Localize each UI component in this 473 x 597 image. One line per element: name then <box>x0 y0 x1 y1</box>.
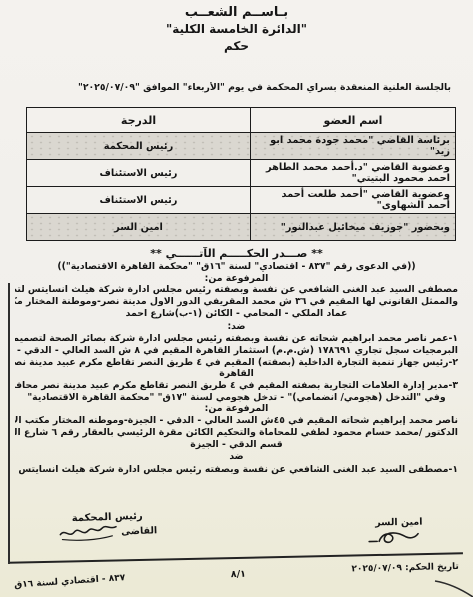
defendant-3-line: ٣-مدير إدارة العلامات التجارية بصفته الم… <box>15 380 458 392</box>
footer-case-reference: ٨٣٧ - اقتصادي لسنة ١٦ق <box>14 573 126 590</box>
secretary-name: وبحضور "جوزيف ميخائيل عبدالنور" <box>251 214 456 241</box>
secretary-label: امين السر <box>367 516 431 528</box>
page-number: ٨/١ <box>231 569 246 580</box>
judge-rank: رئيس الاستئناف <box>27 160 251 187</box>
circuit-title: "الدائرة الخامسة الكلية" <box>0 22 473 36</box>
president-judge-line: القاضى <box>58 522 158 541</box>
filed-by-label: المرفوعة من: <box>15 273 458 285</box>
defendant-1-line-2: البرمجيات سجل تجاري ١٧٨٦٩١ (ش.م.م) استثم… <box>15 345 458 357</box>
scan-left-border-line <box>8 283 10 564</box>
judge-name: وعضوية القاضي "د.أحمد محمد الطاهر احمد م… <box>251 160 456 187</box>
secretary-signature-block: امين السر <box>367 516 431 546</box>
plaintiff-line-1: مصطفى السيد عبد الغنى الشافعي عن نفسة وب… <box>15 284 458 296</box>
table-row-member-1: وعضوية القاضي "د.أحمد محمد الطاهر احمد م… <box>27 160 456 187</box>
judge-rank: رئيس الاستئناف <box>27 187 251 214</box>
filed-by-label-2: المرفوعة من: <box>15 403 458 415</box>
plaintiff-line-3: عماد الملكي - المحامي - الكائن (١-ب)شارع… <box>15 308 458 320</box>
versus-label-1: ضد: <box>15 321 458 333</box>
document-header: بـاســم الشعــب "الدائرة الخامسة الكلية"… <box>0 5 473 53</box>
intervener-line-1: ناصر محمد إبراهيم شحاته المقيم في ٤٥ش ال… <box>15 415 458 427</box>
defendant-1-line-1: ١-عمر ناصر محمد ابراهيم شحاته عن نفسة وب… <box>15 333 458 345</box>
footer-bar: تاريخ الحكم: ٢٠٢٥/٠٧/٠٩ ٨/١ ٨٣٧ - اقتصاد… <box>0 562 473 589</box>
column-member-name: اسم العضو <box>251 108 456 133</box>
respondent-line-1: ١-مصطفى السيد عبد الغنى الشافعي عن نفسة … <box>15 464 458 476</box>
scan-corner-mark <box>433 571 473 597</box>
court-judgment-page: بـاســم الشعــب "الدائرة الخامسة الكلية"… <box>0 0 473 597</box>
table-row-member-2: وعضوية القاضي "أحمد طلعت أحمد أحمد الشها… <box>27 187 456 214</box>
judgment-word: حكم <box>0 39 473 53</box>
judgment-body: ** صـــدر الحكـــــم الآتــــــي ** ((في… <box>0 247 473 476</box>
footer-divider <box>8 552 463 564</box>
judge-word: القاضى <box>121 525 157 537</box>
issued-judgment-title: ** صـــدر الحكـــــم الآتــــــي ** <box>15 247 458 261</box>
president-signature-block: رئيس المحكمة القاضى <box>58 510 158 541</box>
defendant-2-line-1: ٢-رئيس جهاز تنمية التجارة الداخلية (بصفت… <box>15 357 458 369</box>
president-signature-icon <box>58 524 119 542</box>
defendant-2-line-2: القاهرة <box>15 368 458 380</box>
intervention-line: وفي "التدخل (هجومي/ انضمامي)" - تدخل هجو… <box>15 392 458 404</box>
versus-label-2: ضد <box>15 451 458 463</box>
judge-name: وعضوية القاضي "أحمد طلعت أحمد أحمد الشها… <box>251 187 456 214</box>
plaintiff-line-2: والممثل القانوني لها المقيم في ٣٦ ش محمد… <box>15 296 458 308</box>
column-rank: الدرجة <box>27 108 251 133</box>
secretary-signature-icon <box>367 527 431 546</box>
judge-name: برئاسة القاضي "محمد جودة محمد ابو زيد" <box>251 133 456 160</box>
session-date-line: بالجلسة العلنية المنعقدة بسراي المحكمة ف… <box>12 82 451 93</box>
judge-rank: رئيس المحكمة <box>27 133 251 160</box>
secretary-rank: امين السر <box>27 214 251 241</box>
table-row-secretary: وبحضور "جوزيف ميخائيل عبدالنور" امين الس… <box>27 214 456 241</box>
in-the-name-of-people-title: بـاســم الشعــب <box>0 5 473 20</box>
intervener-line-2: الدكتور /محمد حسام محمود لطفي للمحاماة و… <box>15 427 458 439</box>
table-header-row: اسم العضو الدرجة <box>27 108 456 133</box>
case-number-line: ((في الدعوى رقم "٨٣٧ - اقتصادي" لسنة "١٦… <box>15 261 458 273</box>
intervener-line-3: قسم الدقي - الجيزة <box>15 439 458 451</box>
table-row-president: برئاسة القاضي "محمد جودة محمد ابو زيد" ر… <box>27 133 456 160</box>
judges-panel-table: اسم العضو الدرجة برئاسة القاضي "محمد جود… <box>26 107 456 241</box>
